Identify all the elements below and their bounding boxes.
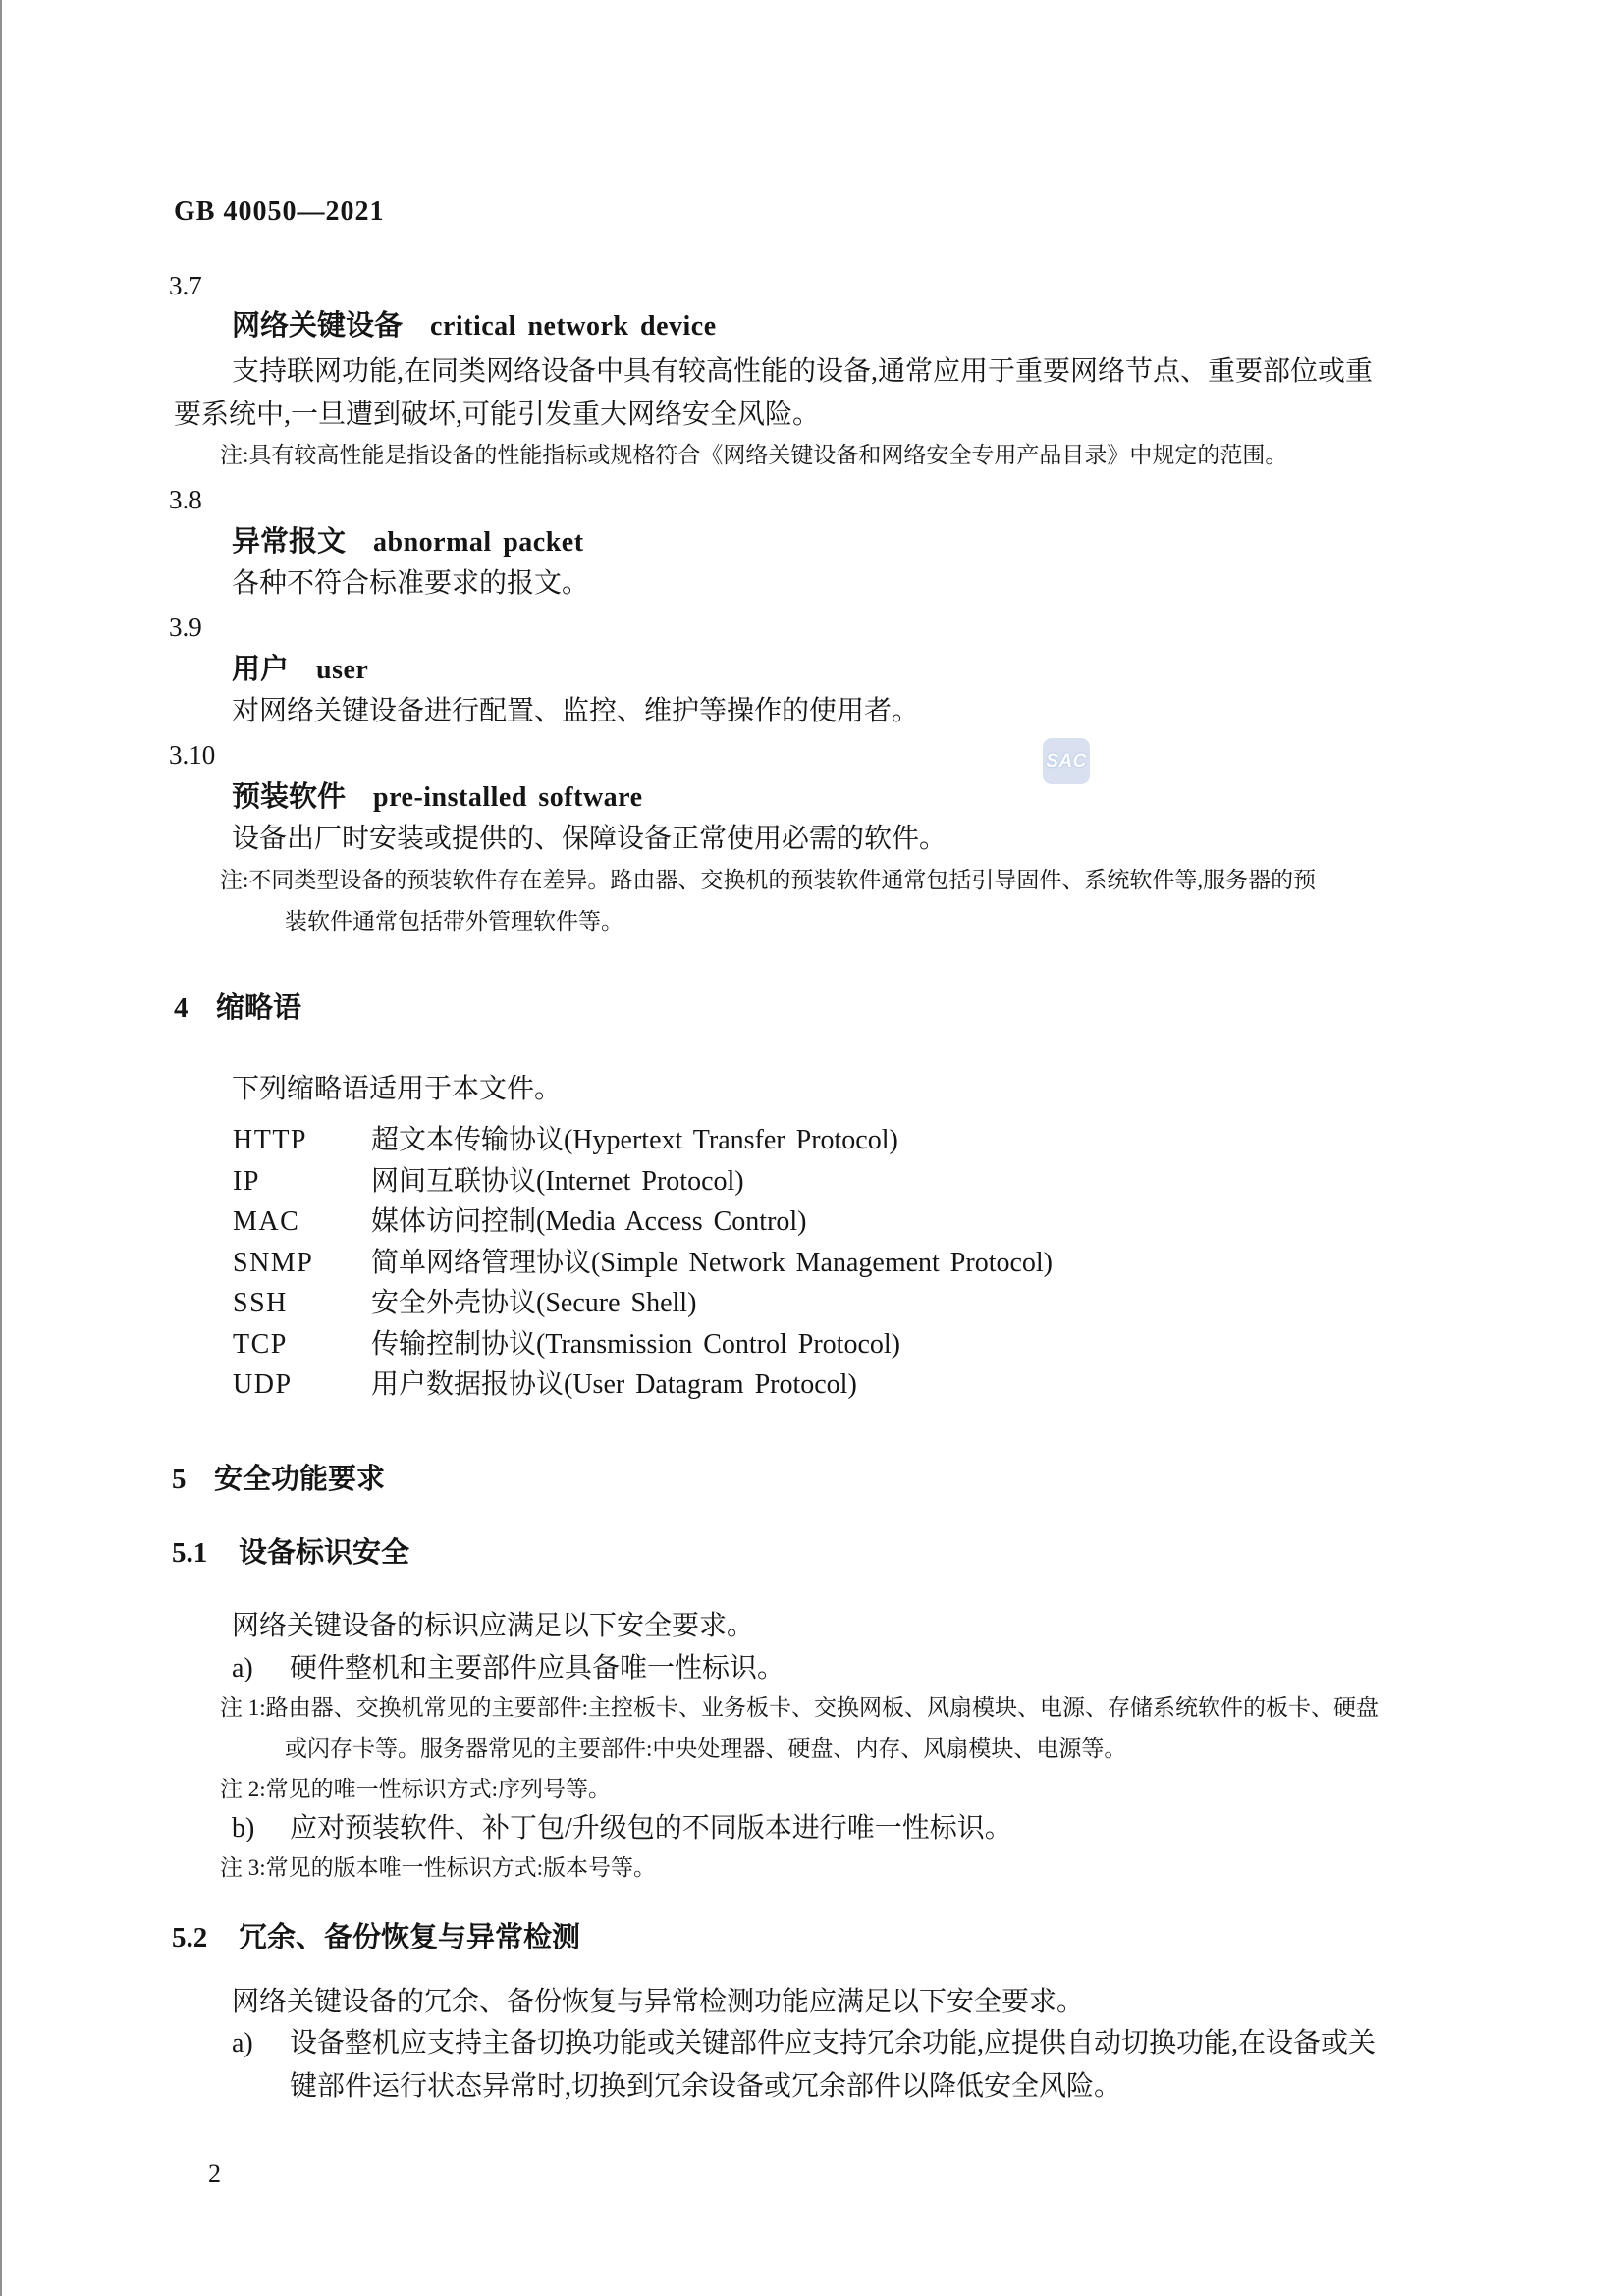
term-definition-3-7-line2: 要系统中,一旦遭到破坏,可能引发重大网络安全风险。 [174,400,820,431]
section-number-3-8: 3.8 [169,485,202,515]
chapter-number-5: 5 [172,1464,214,1496]
term-en-3-7: critical network device [430,311,717,342]
section-title-5-1: 设备标识安全 [239,1537,409,1569]
abbr-term: SSH [233,1288,288,1319]
note-3-7: 注:具有较高性能是指设备的性能指标或规格符合《网络关键设备和网络安全专用产品目录… [220,443,1287,468]
sac-watermark-label: SAC [1046,751,1087,773]
abbr-term: SNMP [233,1248,313,1279]
chapter-heading-5: 5安全功能要求 [172,1464,385,1496]
section-title-5-2: 冗余、备份恢复与异常检测 [239,1922,580,1953]
term-heading-3-7: 网络关键设备critical network device [232,310,717,343]
list-marker-b: b) [232,1813,290,1844]
term-definition-3-7-line1: 支持联网功能,在同类网络设备中具有较高性能的设备,通常应用于重要网络节点、重要部… [232,356,1373,388]
list-marker-a: a) [232,1653,290,1684]
abbr-term: UDP [233,1369,293,1401]
term-zh-3-10: 预装软件 [232,781,346,813]
list-item-a-5-2: a)设备整机应支持主备切换功能或关键部件应支持冗余功能,应提供自动切换功能,在设… [232,2028,1376,2059]
term-definition-3-8: 各种不符合标准要求的报文。 [232,568,589,600]
term-zh-3-9: 用户 [232,654,289,685]
term-definition-3-10: 设备出厂时安装或提供的、保障设备正常使用必需的软件。 [232,824,947,855]
section-number-3-7: 3.7 [169,271,202,301]
note-2: 注 2:常见的唯一性标识方式:序列号等。 [220,1777,611,1802]
section-number-3-9: 3.9 [169,613,202,643]
note-1-line2: 或闪存卡等。服务器常见的主要部件:中央处理器、硬盘、内存、风扇模块、电源等。 [285,1736,1126,1762]
chapter-heading-4: 4缩略语 [174,992,301,1025]
abbr-def: 超文本传输协议(Hypertext Transfer Protocol) [371,1125,898,1156]
term-en-3-9: user [316,655,368,685]
chapter-number-4: 4 [174,992,216,1025]
abbr-term: TCP [233,1329,288,1361]
list-item-a-5-1: a)硬件整机和主要部件应具备唯一性标识。 [232,1653,785,1684]
abbr-term: MAC [233,1206,299,1238]
section-heading-5-2: 5.2冗余、备份恢复与异常检测 [172,1922,580,1954]
term-heading-3-8: 异常报文abnormal packet [232,526,584,559]
list-marker-a: a) [232,2028,290,2059]
scan-edge-line [0,0,2,2296]
note-1-line1: 注 1:路由器、交换机常见的主要部件:主控板卡、业务板卡、交换网板、风扇模块、电… [220,1695,1379,1721]
abbr-def: 安全外壳协议(Secure Shell) [371,1288,696,1319]
abbr-def: 简单网络管理协议(Simple Network Management Proto… [371,1248,1053,1279]
term-definition-3-9: 对网络关键设备进行配置、监控、维护等操作的使用者。 [232,696,919,727]
abbr-def: 网间互联协议(Internet Protocol) [371,1166,744,1198]
chapter-title-5: 安全功能要求 [214,1464,385,1495]
list-item-b-5-1: b)应对预装软件、补丁包/升级包的不同版本进行唯一性标识。 [232,1813,1012,1844]
section-number-3-10: 3.10 [169,740,215,771]
chapter-title-4: 缩略语 [216,992,301,1024]
term-heading-3-10: 预装软件pre-installed software [232,781,643,814]
abbr-intro: 下列缩略语适用于本文件。 [232,1074,562,1105]
list-text-b: 应对预装软件、补丁包/升级包的不同版本进行唯一性标识。 [290,1813,1012,1843]
list-text-a-line1: 设备整机应支持主备切换功能或关键部件应支持冗余功能,应提供自动切换功能,在设备或… [290,2028,1376,2058]
page-number: 2 [208,2160,221,2189]
section-heading-5-1: 5.1设备标识安全 [172,1537,409,1570]
term-zh-3-8: 异常报文 [232,526,346,558]
sac-watermark: SAC [1043,738,1090,784]
section-5-1-intro: 网络关键设备的标识应满足以下安全要求。 [232,1611,754,1642]
list-text-a-line2: 键部件运行状态异常时,切换到冗余设备或冗余部件以降低安全风险。 [290,2071,1121,2103]
note-3-10-line1: 注:不同类型设备的预装软件存在差异。路由器、交换机的预装软件通常包括引导固件、系… [220,868,1316,893]
standard-document-page: SAC GB 40050—2021 3.7 网络关键设备critical net… [0,0,1624,2296]
section-number-5-2: 5.2 [172,1922,239,1954]
abbr-def: 传输控制协议(Transmission Control Protocol) [371,1329,900,1361]
section-number-5-1: 5.1 [172,1537,239,1570]
term-en-3-10: pre-installed software [373,782,643,813]
term-en-3-8: abnormal packet [373,527,584,558]
abbr-term: IP [233,1166,260,1198]
abbr-def: 用户数据报协议(User Datagram Protocol) [371,1369,857,1401]
term-heading-3-9: 用户user [232,654,368,686]
doc-code-header: GB 40050—2021 [174,196,384,228]
abbr-term: HTTP [233,1125,307,1156]
list-text-a: 硬件整机和主要部件应具备唯一性标识。 [290,1653,785,1683]
abbr-def: 媒体访问控制(Media Access Control) [371,1206,807,1238]
section-5-2-intro: 网络关键设备的冗余、备份恢复与异常检测功能应满足以下安全要求。 [232,1987,1084,2018]
note-3: 注 3:常见的版本唯一性标识方式:版本号等。 [220,1855,656,1881]
note-3-10-line2: 装软件通常包括带外管理软件等。 [285,909,623,934]
term-zh-3-7: 网络关键设备 [232,310,403,342]
